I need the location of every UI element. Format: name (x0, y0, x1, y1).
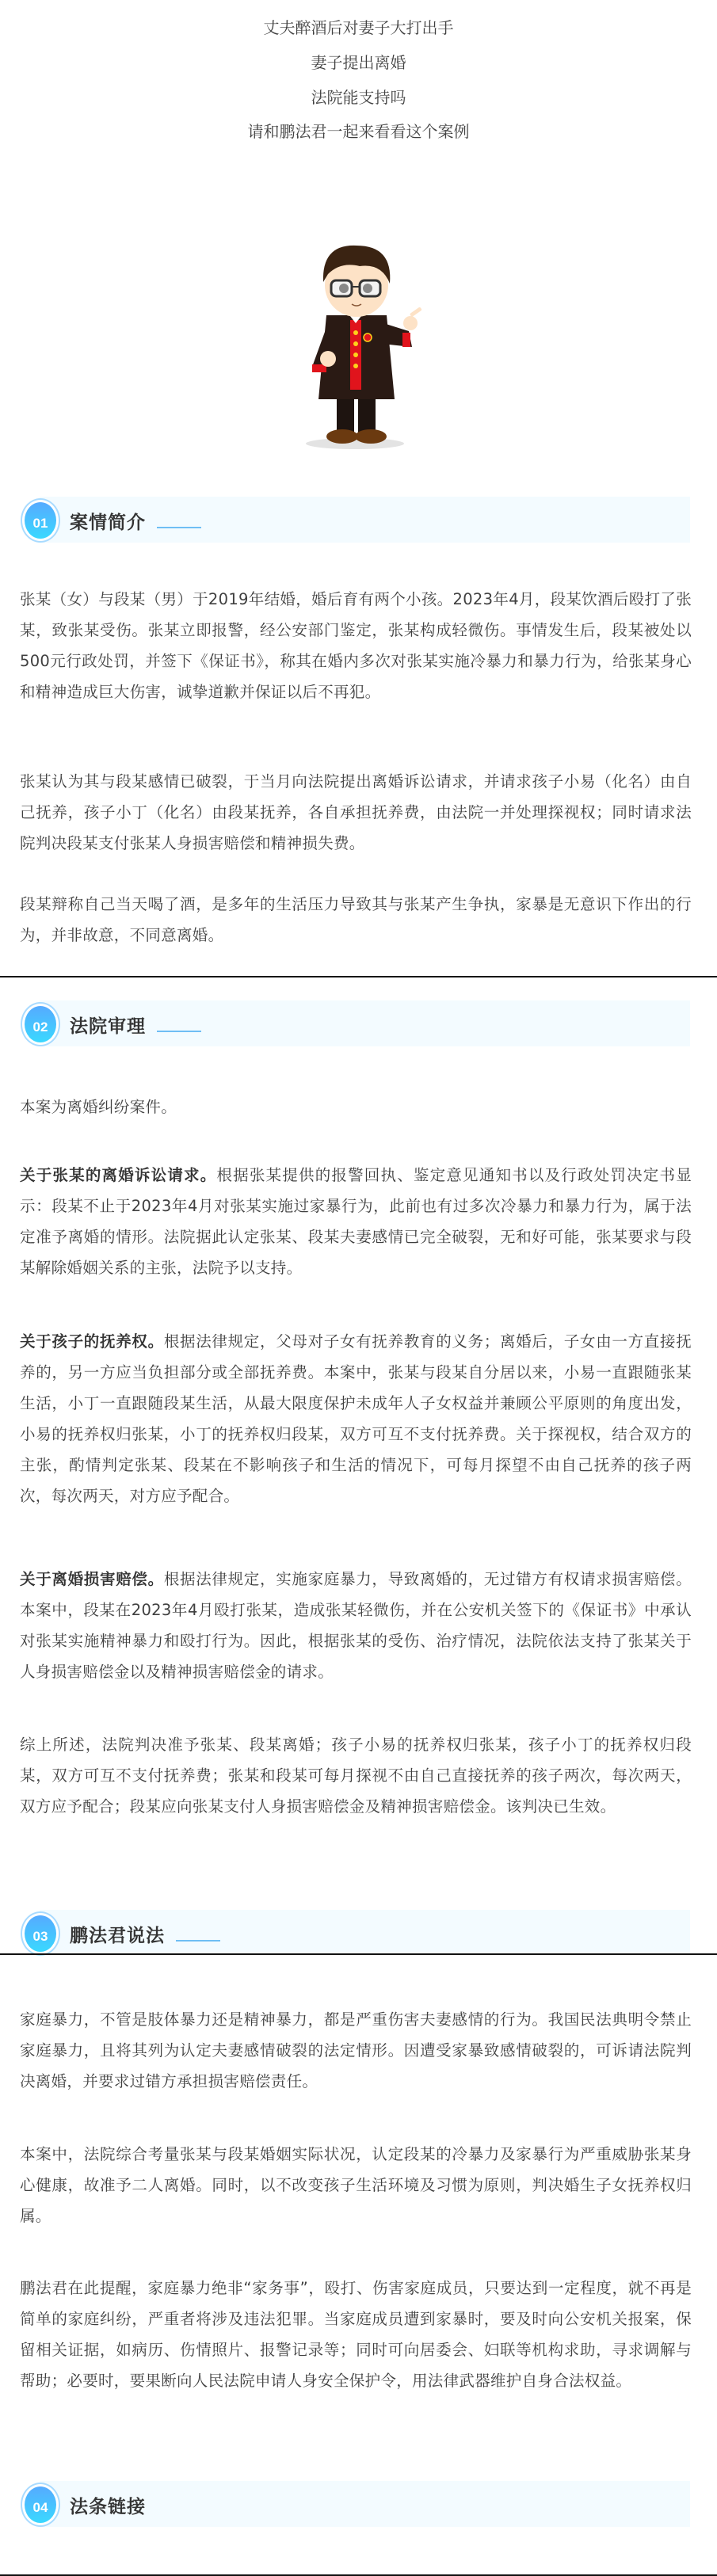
section-title: 鹏法君说法 (70, 1921, 165, 1947)
paragraph-lead-bold: 关于孩子的抚养权。 (20, 1332, 164, 1351)
paragraph-lead-bold: 关于离婚损害赔偿。 (20, 1570, 164, 1588)
paragraph: 关于张某的离婚诉讼请求。根据张某提供的报警回执、鉴定意见通知书以及行政处罚决定书… (20, 1160, 692, 1283)
section-header-04: 04 法条链接 (21, 2481, 690, 2527)
intro-line: 请和鹏法君一起来看看这个案例 (0, 120, 717, 143)
section-title: 案情简介 (70, 508, 146, 534)
paragraph: 段某辩称自己当天喝了酒，是多年的生活压力导致其与张某产生争执，家暴是无意识下作出… (20, 889, 692, 951)
paragraph: 关于离婚损害赔偿。根据法律规定，实施家庭暴力，导致离婚的，无过错方有权请求损害赔… (20, 1564, 692, 1687)
section-header-03: 03 鹏法君说法 (21, 1910, 690, 1956)
intro-line: 妻子提出离婚 (0, 51, 717, 74)
paragraph: 本案中，法院综合考量张某与段某婚姻实际状况，认定段某的冷暴力及家暴行为严重威胁张… (20, 2139, 692, 2231)
section-number-badge: 03 (21, 1911, 60, 1956)
title-underline-decoration (157, 527, 201, 528)
section-number-badge: 01 (21, 498, 60, 543)
section-number-badge: 04 (21, 2483, 60, 2527)
paragraph: 张某（女）与段某（男）于2019年结婚，婚后育有两个小孩。2023年4月，段某饮… (20, 584, 692, 707)
section-title: 法院审理 (70, 1012, 146, 1038)
judge-mascot-icon (293, 212, 428, 450)
paragraph: 鹏法君在此提醒，家庭暴力绝非“家务事”，殴打、伤害家庭成员，只要达到一定程度，就… (20, 2273, 692, 2396)
paragraph-lead-bold: 关于张某的离婚诉讼请求。 (20, 1166, 216, 1184)
section-title: 法条链接 (70, 2492, 146, 2518)
page-divider (0, 976, 717, 977)
section-number-badge: 02 (21, 1002, 60, 1046)
page-divider (0, 1953, 717, 1955)
paragraph: 综上所述，法院判决准予张某、段某离婚；孩子小易的抚养权归张某，孩子小丁的抚养权归… (20, 1729, 692, 1822)
title-underline-decoration (157, 1031, 201, 1032)
paragraph: 家庭暴力，不管是肢体暴力还是精神暴力，都是严重伤害夫妻感情的行为。我国民法典明令… (20, 2004, 692, 2097)
intro-line: 丈夫醉酒后对妻子大打出手 (0, 16, 717, 40)
section-header-01: 01 案情简介 (21, 497, 690, 543)
section-header-02: 02 法院审理 (21, 1000, 690, 1046)
paragraph: 张某认为其与段某感情已破裂，于当月向法院提出离婚诉讼请求，并请求孩子小易（化名）… (20, 766, 692, 859)
paragraph: 关于孩子的抚养权。根据法律规定，父母对子女有抚养教育的义务；离婚后，子女由一方直… (20, 1326, 692, 1511)
paragraph: 本案为离婚纠纷案件。 (20, 1092, 692, 1122)
title-underline-decoration (176, 1940, 220, 1942)
intro-line: 法院能支持吗 (0, 86, 717, 109)
